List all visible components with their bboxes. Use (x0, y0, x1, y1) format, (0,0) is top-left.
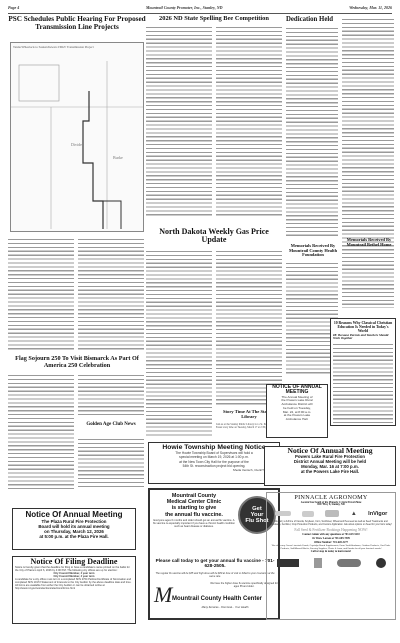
classical-education-box: 10 Reasons Why Classical Christian Educa… (330, 318, 396, 426)
filing-deadline-notice: Notice Of Filing Deadline Notice is here… (12, 556, 136, 624)
gas-price-body-col1 (146, 250, 212, 438)
psc-body-col1 (8, 238, 74, 350)
brand-logo-icon (337, 559, 361, 567)
golden-age-headline: Golden Age Club News (78, 422, 144, 427)
invigor-logo: InVigor (368, 511, 387, 517)
map-title: Tande/Wheelock to Saskatchewan 230kV Tra… (11, 43, 143, 51)
dedication-body-col2 (342, 18, 394, 266)
transmission-map: Tande/Wheelock to Saskatchewan 230kV Tra… (10, 42, 144, 232)
brand-logo-icon: ▲ (351, 511, 357, 517)
brand-logos: ▲ InVigor (269, 509, 393, 519)
notice-title: NOTICE OF ANNUAL MEETING (267, 385, 327, 396)
flag-sojourn-headline: Flag Sojourn 250 To Visit Bismarck As Pa… (8, 356, 146, 369)
brand-logo-icon (376, 558, 386, 568)
flag-sojourn-body-col1 (8, 374, 74, 489)
brand-logo-icon (302, 511, 314, 517)
health-center-logo-icon: M (154, 582, 172, 608)
powers-lake-fire-notice: Notice Of Annual Meeting Powers Lake Rur… (264, 446, 396, 486)
spelling-bee-body-col2 (216, 26, 282, 216)
pinnacle-agronomy-ad: PINNACLE AGRONOMY Located Just South of … (266, 492, 396, 620)
brand-logo-icon (314, 558, 322, 568)
notice-title: Notice Of Annual Meeting (13, 510, 135, 519)
memorials-bethel-headline: Memorials Received By Mountrail Bethel H… (342, 238, 396, 247)
golden-age-body (78, 438, 144, 488)
dedication-body-col1 (286, 27, 338, 237)
gas-price-body-col2 (216, 250, 282, 406)
issue-date: Wednesday, Mar. 11, 2026 (349, 5, 392, 13)
howie-township-notice: Howie Township Meeting Notice The Howie … (148, 442, 280, 484)
page-masthead: Page 4 Mountrail County Promoter, Inc., … (8, 5, 392, 13)
health-center-brand: Mountrail County Health Center (172, 596, 278, 603)
ambulance-annual-meeting-notice: NOTICE OF ANNUAL MEETING The Annual Meet… (266, 384, 328, 438)
footer-logos (269, 557, 393, 569)
psc-body-col2 (78, 238, 144, 350)
page-number: Page 4 (8, 5, 19, 13)
memorials-bethel-body (342, 252, 394, 308)
flu-vaccine-ad: Mountrail County Medical Center Clinic i… (148, 488, 280, 620)
svg-text:Burke: Burke (113, 155, 123, 160)
flu-cta: Please call today to get your annual flu… (153, 558, 277, 569)
spelling-bee-body-col1 (146, 26, 212, 216)
dedication-headline: Dedication Held (286, 16, 342, 23)
masthead-divider (8, 13, 392, 14)
svg-text:Divide: Divide (71, 142, 82, 147)
flag-sojourn-body-col2 (78, 374, 144, 416)
publication-name: Mountrail County Promoter, Inc., Stanley… (146, 5, 223, 13)
brand-logo-icon (275, 511, 291, 516)
psc-headline: PSC Schedules Public Hearing For Propose… (8, 16, 146, 31)
brand-logo-icon (277, 559, 299, 567)
map-lines-icon: Divide Burke (11, 51, 143, 229)
memorials-health-headline: Memorials Received By Mountrail County H… (286, 244, 340, 258)
plaza-annual-meeting-notice: Notice Of Annual Meeting The Plaza Rural… (12, 508, 136, 550)
notice-title: Howie Township Meeting Notice (149, 444, 279, 451)
brand-logo-icon (325, 510, 339, 517)
gas-price-headline: North Dakota Weekly Gas Price Update (146, 228, 282, 245)
spelling-bee-headline: 2026 ND State Spelling Bee Competition (146, 16, 282, 23)
